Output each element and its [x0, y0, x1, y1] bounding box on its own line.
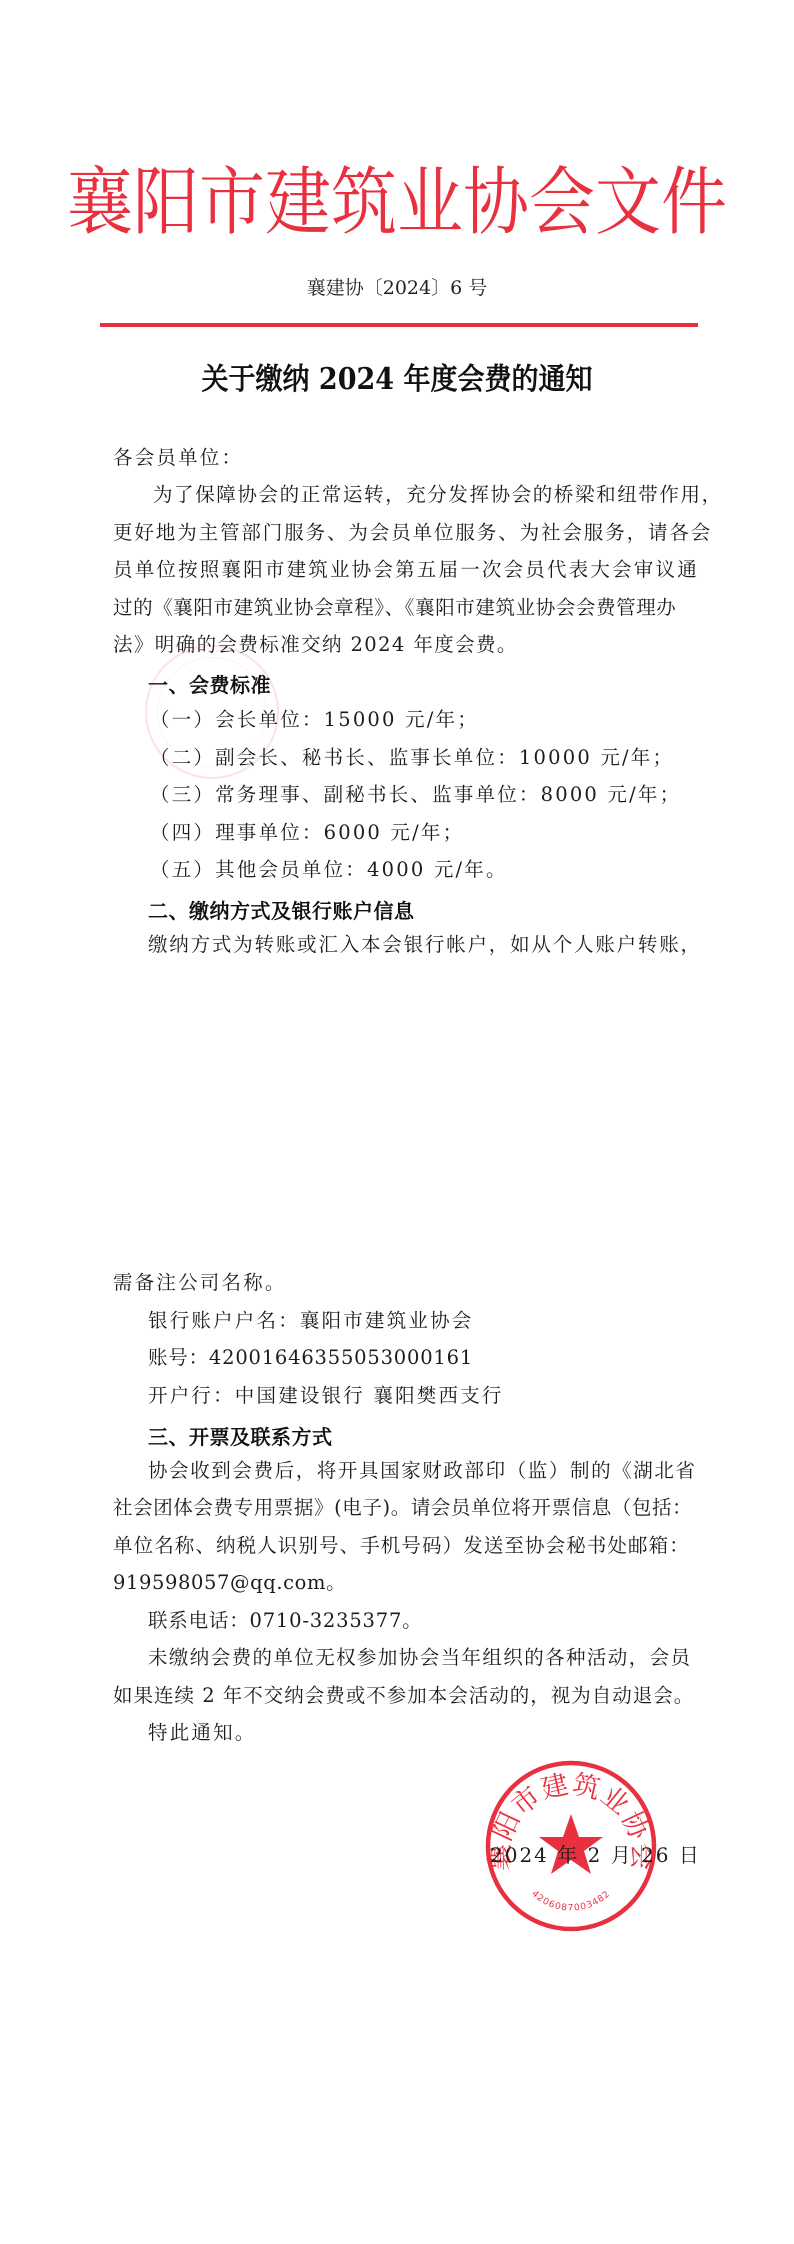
- seal-code: 4206087003482: [529, 1889, 612, 1914]
- intro-line: 法》明确的会费标准交纳 2024 年度会费。: [113, 633, 518, 657]
- red-divider: [100, 323, 698, 327]
- payment-method-line: 缴纳方式为转账或汇入本会银行帐户，如从个人账户转账，: [148, 933, 702, 957]
- contact-phone: 联系电话：0710-3235377。: [148, 1609, 422, 1633]
- section-heading-fee-standard: 一、会费标准: [148, 669, 271, 698]
- fee-item: （五）其他会员单位：4000 元/年。: [150, 858, 508, 882]
- membership-note-line: 如果连续 2 年不交纳会费或不参加本会活动的，视为自动退会。: [113, 1684, 694, 1708]
- fee-item: （一）会长单位：15000 元/年；: [150, 708, 479, 732]
- closing-remark: 特此通知。: [148, 1721, 257, 1745]
- bank-account-name: 银行账户户名：襄阳市建筑业协会: [148, 1309, 474, 1333]
- notice-title: 关于缴纳 2024 年度会费的通知: [0, 360, 794, 400]
- fee-item: （四）理事单位：6000 元/年；: [150, 821, 464, 845]
- payment-method-line: 需备注公司名称。: [113, 1271, 287, 1295]
- section-heading-payment: 二、缴纳方式及银行账户信息: [148, 895, 415, 924]
- fee-item: （三）常务理事、副秘书长、监事单位：8000 元/年；: [150, 783, 681, 807]
- intro-line: 为了保障协会的正常运转，充分发挥协会的桥梁和纽带作用，: [153, 483, 723, 507]
- contact-email[interactable]: 919598057@qq.com。: [113, 1571, 346, 1595]
- bank-account-number: 账号：42001646355053000161: [148, 1346, 473, 1370]
- membership-note-line: 未缴纳会费的单位无权参加协会当年组织的各种活动，会员: [148, 1646, 691, 1670]
- salutation: 各会员单位：: [113, 446, 243, 470]
- intro-line: 员单位按照襄阳市建筑业协会第五届一次会员代表大会审议通: [113, 558, 699, 582]
- section-heading-invoice-contact: 三、开票及联系方式: [148, 1421, 333, 1450]
- org-document-title: 襄阳市建筑业协会文件: [0, 155, 794, 251]
- invoice-line: 单位名称、纳税人识别号、手机号码）发送至协会秘书处邮箱：: [113, 1534, 690, 1558]
- svg-text:4206087003482: 4206087003482: [529, 1889, 612, 1914]
- intro-line: 过的《襄阳市建筑业协会章程》、《襄阳市建筑业协会会费管理办: [113, 596, 676, 620]
- invoice-line: 协会收到会费后，将开具国家财政部印（监）制的《湖北省: [148, 1459, 697, 1483]
- intro-line: 更好地为主管部门服务、为会员单位服务、为社会服务，请各会: [113, 521, 712, 545]
- document-number: 襄建协〔2024〕6 号: [0, 276, 794, 300]
- issue-date: 2024 年 2 月 26 日: [490, 1843, 701, 1867]
- fee-item: （二）副会长、秘书长、监事长单位：10000 元/年；: [150, 746, 674, 770]
- invoice-line: 社会团体会费专用票据》(电子)。请会员单位将开票信息（包括：: [113, 1496, 692, 1520]
- bank-branch: 开户行：中国建设银行 襄阳樊西支行: [148, 1384, 504, 1408]
